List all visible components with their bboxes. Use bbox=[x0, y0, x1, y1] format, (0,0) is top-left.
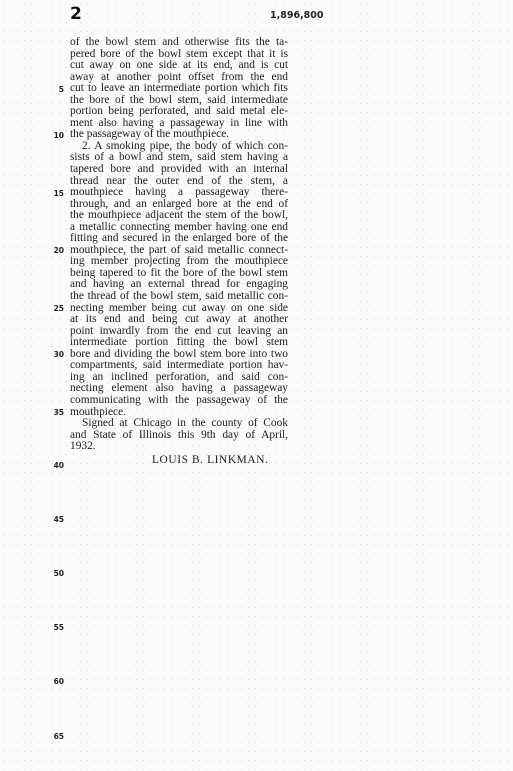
patent-page: 2 1,896,800 5101520253035404550556065 of… bbox=[0, 0, 513, 771]
text-line: mouthpiece having a passageway there- bbox=[70, 187, 288, 199]
text-line: tapered bore and provided with an intern… bbox=[70, 164, 288, 176]
page-number: 2 bbox=[70, 4, 82, 24]
line-number: 35 bbox=[0, 408, 64, 417]
line-number: 20 bbox=[0, 246, 64, 255]
inventor-signature: LOUIS B. LINKMAN. bbox=[70, 455, 288, 467]
line-number: 55 bbox=[0, 623, 64, 632]
text-line: the thread of the bowl stem, said metall… bbox=[70, 291, 288, 303]
line-number: 15 bbox=[0, 189, 64, 198]
text-line: communicating with the passageway of the bbox=[70, 395, 288, 407]
line-number: 40 bbox=[0, 461, 64, 470]
text-line: of the bowl stem and otherwise fits the … bbox=[70, 37, 288, 49]
line-number: 45 bbox=[0, 515, 64, 524]
text-line: cut to leave an intermediate portion whi… bbox=[70, 83, 288, 95]
line-number: 60 bbox=[0, 677, 64, 686]
text-line: Signed at Chicago in the county of Cook bbox=[70, 418, 288, 430]
patent-number: 1,896,800 bbox=[270, 10, 324, 21]
line-number: 10 bbox=[0, 131, 64, 140]
line-number: 30 bbox=[0, 350, 64, 359]
text-line: at its end and being cut away at another bbox=[70, 314, 288, 326]
text-line: 1932. bbox=[70, 441, 288, 453]
line-number: 65 bbox=[0, 732, 64, 741]
text-line: and State of Illinois this 9th day of Ap… bbox=[70, 430, 288, 442]
claims-text-column: of the bowl stem and otherwise fits the … bbox=[70, 37, 288, 466]
line-number: 5 bbox=[0, 85, 64, 94]
text-line: cut away on one side at its end, and is … bbox=[70, 60, 288, 72]
line-number: 25 bbox=[0, 304, 64, 313]
line-number: 50 bbox=[0, 569, 64, 578]
